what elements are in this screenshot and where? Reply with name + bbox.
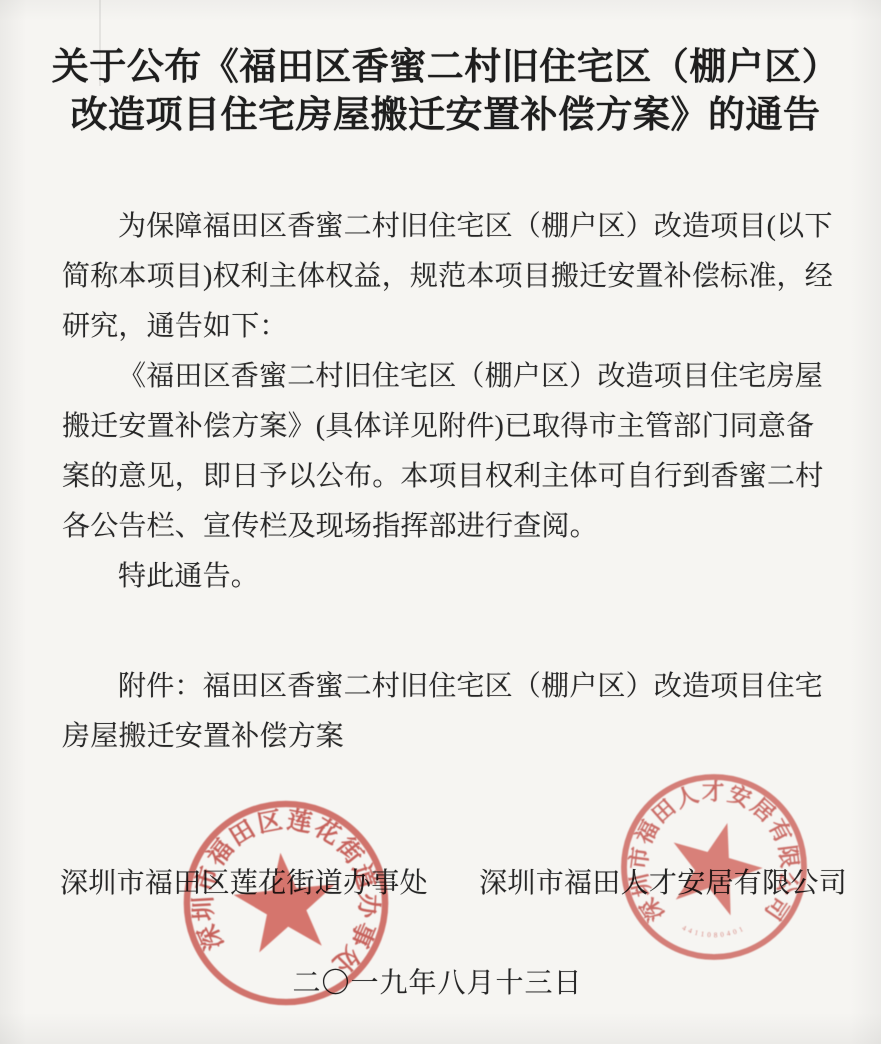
signature-row: 深圳市福田区莲花街道办事处 深圳市福田人才安居有限公司 [60, 862, 847, 906]
notice-page: 关于公布《福田区香蜜二村旧住宅区（棚户区） 改造项目住宅房屋搬迁安置补偿方案》的… [0, 0, 881, 1044]
signer-street-office: 深圳市福田区莲花街道办事处 [60, 862, 428, 906]
attachment-note: 附件：福田区香蜜二村旧住宅区（棚户区）改造项目住宅 房屋搬迁安置补偿方案 [62, 662, 845, 762]
seal-code-text: 4411080401 [681, 924, 747, 939]
paragraph-3: 特此通告。 [62, 552, 845, 602]
title-line-2: 改造项目住宅房屋搬迁安置补偿方案》的通告 [40, 92, 851, 140]
title-line-1: 关于公布《福田区香蜜二村旧住宅区（棚户区） [40, 44, 851, 92]
notice-body: 为保障福田区香蜜二村旧住宅区（棚户区）改造项目(以下 简称本项目)权利主体权益，… [62, 202, 845, 762]
svg-text:4411080401: 4411080401 [681, 924, 747, 939]
text-line: 研究，通告如下： [62, 302, 845, 352]
text-line: 附件：福田区香蜜二村旧住宅区（棚户区）改造项目住宅 [62, 662, 845, 712]
notice-date: 二〇一九年八月十三日 [0, 962, 875, 1006]
text-line: 为保障福田区香蜜二村旧住宅区（棚户区）改造项目(以下 [62, 202, 845, 252]
text-line: 特此通告。 [62, 552, 845, 602]
paragraph-2: 《福田区香蜜二村旧住宅区（棚户区）改造项目住宅房屋 搬迁安置补偿方案》(具体详见… [62, 352, 845, 552]
text-line: 《福田区香蜜二村旧住宅区（棚户区）改造项目住宅房屋 [62, 352, 845, 402]
text-line: 各公告栏、宣传栏及现场指挥部进行查阅。 [62, 502, 845, 552]
text-line: 案的意见，即日予以公布。本项目权利主体可自行到香蜜二村 [62, 452, 845, 502]
text-line: 简称本项目)权利主体权益，规范本项目搬迁安置补偿标准，经 [62, 252, 845, 302]
text-line: 房屋搬迁安置补偿方案 [62, 712, 845, 762]
signer-anju-company: 深圳市福田人才安居有限公司 [479, 862, 847, 906]
text-line: 搬迁安置补偿方案》(具体详见附件)已取得市主管部门同意备 [62, 402, 845, 452]
notice-title: 关于公布《福田区香蜜二村旧住宅区（棚户区） 改造项目住宅房屋搬迁安置补偿方案》的… [40, 44, 851, 140]
paragraph-1: 为保障福田区香蜜二村旧住宅区（棚户区）改造项目(以下 简称本项目)权利主体权益，… [62, 202, 845, 352]
